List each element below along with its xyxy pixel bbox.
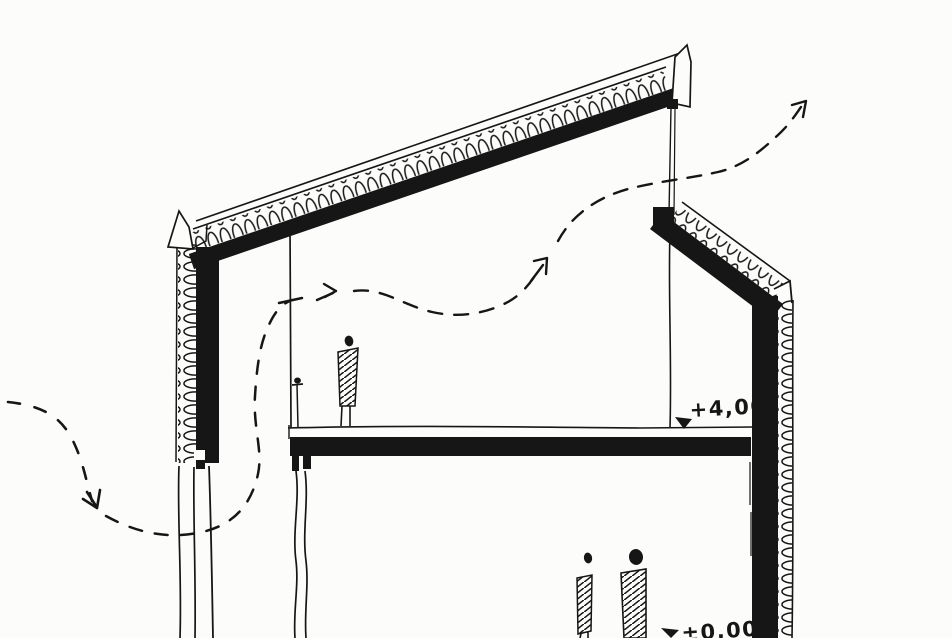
wall-right-insulation [778, 298, 792, 638]
wall-right [750, 296, 793, 638]
figure-lower-1-body [577, 575, 592, 634]
wall-right-core [752, 296, 778, 638]
sketch-page: +4,00 ±0,00 [0, 0, 952, 638]
level-label-upper: +4,00 [689, 394, 767, 422]
railing-knob [294, 378, 301, 384]
railing-post [297, 384, 298, 428]
figure-upper-body [338, 348, 358, 406]
wall-left-outer-line [176, 243, 177, 462]
paper-background [0, 0, 952, 638]
wall-left-insulation [178, 244, 196, 463]
floor-slab-core [290, 437, 751, 456]
floor-edge-tab-2 [303, 456, 311, 469]
wall-right-outer-line [792, 300, 793, 638]
partition-line [290, 226, 291, 428]
figure-lower-2-body [621, 569, 646, 638]
wall-left-core [196, 247, 219, 463]
wall-left-base-notch [194, 450, 205, 460]
floor-edge-tab-1 [292, 456, 299, 471]
section-drawing: +4,00 ±0,00 [0, 0, 952, 638]
wall-left-base-block [196, 461, 205, 469]
roof-peak-end-block [667, 99, 678, 109]
